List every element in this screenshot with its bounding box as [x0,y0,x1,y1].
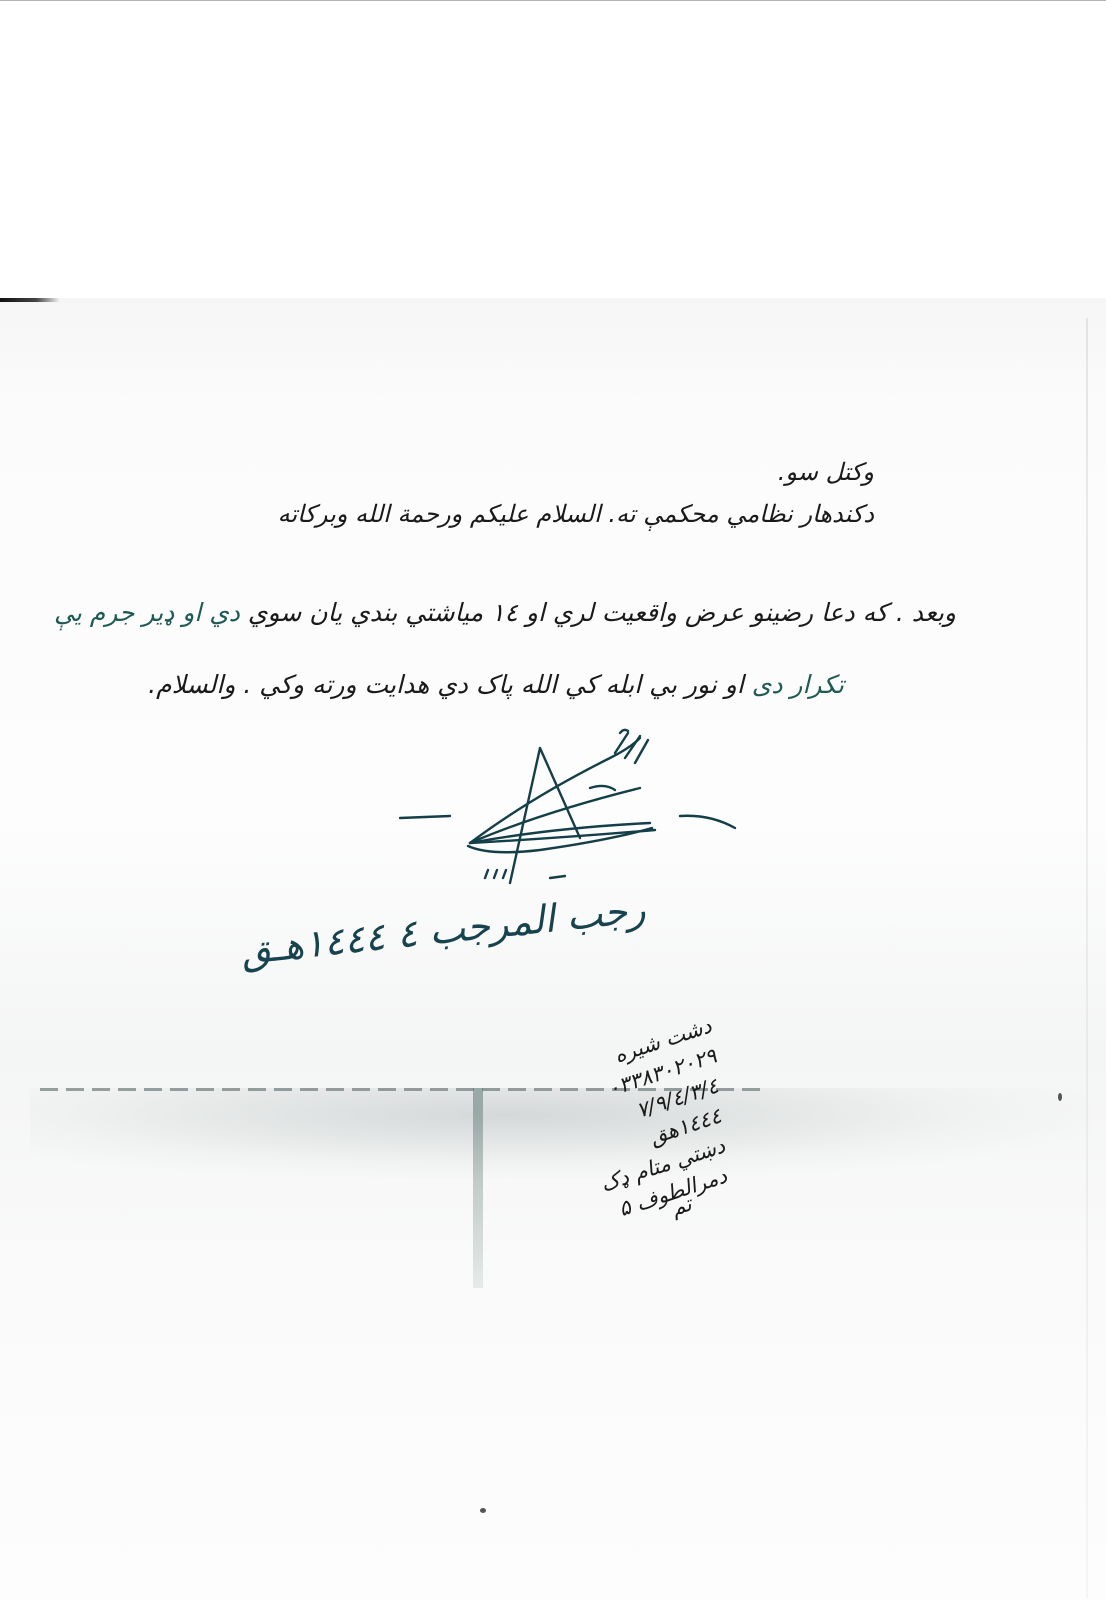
blank-header-area [0,1,1106,298]
body-line-2-text: او نور بي ابله كي الله پاک دي هدايت ورته… [148,670,744,699]
paper-right-edge [1086,318,1088,1598]
fold-smudge [30,1088,1090,1178]
body-line-2: تكرار دی او نور بي ابله كي الله پاک دي ه… [148,670,844,699]
addressee-line: وكتل سو. [778,458,874,486]
paper-speck [480,1508,486,1513]
body-line-1-text: وبعد . كه دعا رضينو عرض واقعيت لري او ١٤… [248,598,956,627]
greeting-line: دكندهار نظامي محكمې ته. السلام عليكم ورح… [278,500,874,528]
paper-edge-mark [0,298,60,302]
body-line-2-head: تكرار دی [752,670,844,699]
body-line-1-tail: دي او ډیر جرم يې [54,598,240,627]
letter-paper: وكتل سو. دكندهار نظامي محكمې ته. السلام … [0,298,1106,1600]
paper-speck [1058,1093,1062,1101]
fold-crease-line [40,1088,760,1091]
ink-smudge [473,1088,483,1288]
body-line-1: وبعد . كه دعا رضينو عرض واقعيت لري او ١٤… [54,598,956,627]
